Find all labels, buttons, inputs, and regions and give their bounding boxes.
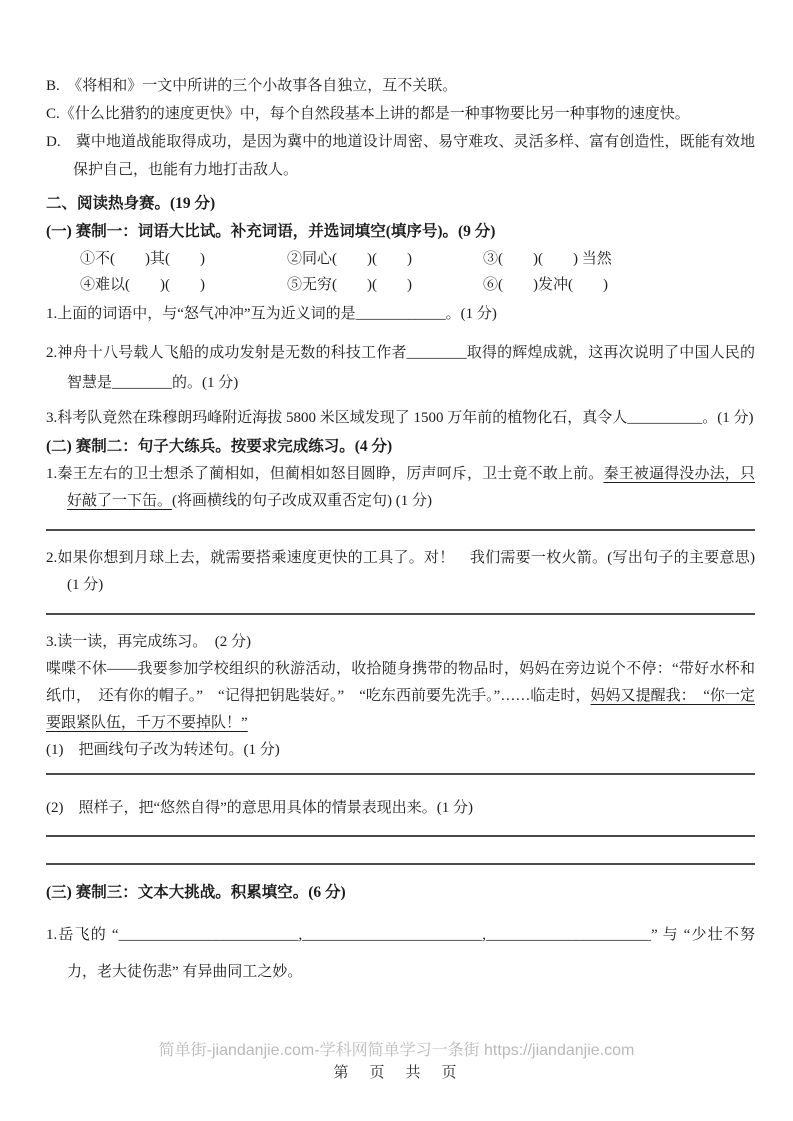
choice-option-d: D. 冀中地道战能取得成功，是因为冀中的地道设计周密、易守难攻、灵活多样、富有创… bbox=[46, 128, 755, 184]
round-one-question-2: 2.神舟十八号载人飞船的成功发射是无数的科技工作者________取得的辉煌成就… bbox=[46, 338, 755, 398]
section-two-heading: 二、阅读热身赛。(19 分) bbox=[46, 190, 755, 218]
answer-line bbox=[46, 613, 755, 615]
word-blank-item-4: ④难以( )( ) bbox=[80, 272, 287, 298]
round-two-question-3-lead: 3.读一读，再完成练习。 (2 分) bbox=[46, 629, 755, 656]
round-one-heading: (一) 赛制一：词语大比试。补充词语，并选词填空(填序号)。(9 分) bbox=[46, 218, 755, 246]
answer-line bbox=[46, 835, 755, 837]
round-one-question-1: 1.上面的词语中，与“怒气冲冲”互为近义词的是____________。(1 分… bbox=[46, 300, 755, 328]
round-two-question-1: 1.秦王左右的卫士想杀了蔺相如，但蔺相如怒目圆睁，厉声呵斥，卫士竟不敢上前。秦王… bbox=[46, 461, 755, 515]
word-blank-item-6: ⑥( )发冲( ) bbox=[483, 272, 755, 298]
word-blank-item-3: ③( )( ) 当然 bbox=[483, 246, 755, 272]
exam-page: B. 《将相和》一文中所讲的三个小故事各自独立，互不关联。 C.《什么比猎豹的速… bbox=[0, 0, 793, 1121]
round-two-question-2: 2.如果你想到月球上去，就需要搭乘速度更快的工具了。对！ 我们需要一枚火箭。(写… bbox=[46, 545, 755, 599]
word-blanks-row-1: ①不( )其( ) ②同心( )( ) ③( )( ) 当然 bbox=[46, 246, 755, 272]
question-1-text: 1.秦王左右的卫士想杀了蔺相如，但蔺相如怒目圆睁，厉声呵斥，卫士竟不敢上前。 bbox=[46, 466, 603, 482]
answer-line bbox=[46, 529, 755, 531]
choice-option-b: B. 《将相和》一文中所讲的三个小故事各自独立，互不关联。 bbox=[46, 72, 755, 100]
choice-option-c: C.《什么比猎豹的速度更快》中，每个自然段基本上讲的都是一种事物要比另一种事物的… bbox=[46, 100, 755, 128]
word-blank-item-5: ⑤无穷( )( ) bbox=[287, 272, 483, 298]
exam-content: B. 《将相和》一文中所讲的三个小故事各自独立，互不关联。 C.《什么比猎豹的速… bbox=[0, 0, 793, 991]
footer-site-link: 简单街-jiandanjie.com-学科网简单学习一条街 https://ji… bbox=[0, 1040, 793, 1061]
round-two-question-3-sub-1: (1) 把画线句子改为转述句。(1 分) bbox=[46, 737, 755, 764]
footer-page-number-label: 第 页 共 页 bbox=[0, 1061, 793, 1084]
word-blank-item-1: ①不( )其( ) bbox=[80, 246, 287, 272]
answer-line bbox=[46, 773, 755, 775]
round-two-question-3-sub-2: (2) 照样子，把“悠然自得”的意思用具体的情景表现出来。(1 分) bbox=[46, 795, 755, 822]
page-footer: 简单街-jiandanjie.com-学科网简单学习一条街 https://ji… bbox=[0, 1040, 793, 1084]
reading-passage: 喋喋不休——我要参加学校组织的秋游活动，收拾随身携带的物品时，妈妈在旁边说个不停… bbox=[46, 656, 755, 737]
question-1-instruction: (将画横线的句子改成双重否定句) (1 分) bbox=[172, 493, 432, 509]
word-blank-item-2: ②同心( )( ) bbox=[287, 246, 483, 272]
answer-line bbox=[46, 863, 755, 865]
round-two-heading: (二) 赛制二：句子大练兵。按要求完成练习。(4 分) bbox=[46, 433, 755, 461]
round-three-heading: (三) 赛制三：文本大挑战。积累填空。(6 分) bbox=[46, 879, 755, 907]
round-three-question-1: 1.岳飞的 “________________________,________… bbox=[46, 917, 755, 991]
word-blanks-row-2: ④难以( )( ) ⑤无穷( )( ) ⑥( )发冲( ) bbox=[46, 272, 755, 298]
round-one-question-3: 3.科考队竟然在珠穆朗玛峰附近海拔 5800 米区域发现了 1500 万年前的植… bbox=[46, 404, 755, 433]
